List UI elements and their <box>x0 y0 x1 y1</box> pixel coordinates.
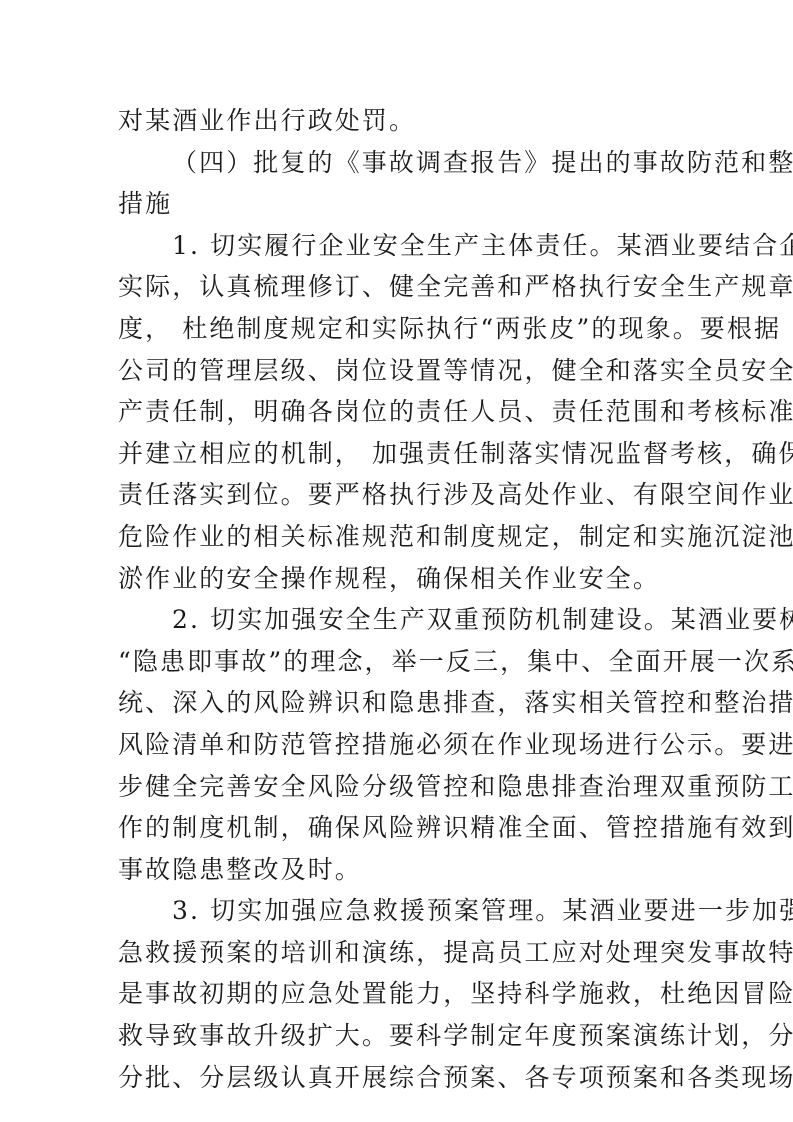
text-line: 公司的管理层级、岗位设置等情况，健全和落实全员安全生 <box>118 350 674 392</box>
text-line: 责任落实到位。要严格执行涉及高处作业、有限空间作业等 <box>118 474 674 516</box>
text-line: 淤作业的安全操作规程，确保相关作业安全。 <box>118 558 674 600</box>
text-line: 是事故初期的应急处置能力，坚持科学施救，杜绝因冒险施 <box>118 973 674 1015</box>
text-line: 对某酒业作出行政处罚。 <box>118 100 674 142</box>
text-line: 作的制度机制，确保风险辨识精准全面、管控措施有效到位， <box>118 807 674 849</box>
item-3-heading: 3. 切实加强应急救援预案管理。某酒业要进一步加强应 <box>118 890 674 932</box>
text-line: 危险作业的相关标准规范和制度规定，制定和实施沉淀池清 <box>118 516 674 558</box>
text-line: 度， 杜绝制度规定和实际执行“两张皮”的现象。要根据 <box>118 308 674 350</box>
text-line: 急救援预案的培训和演练，提高员工应对处理突发事故特别 <box>118 932 674 974</box>
text-line: 并建立相应的机制， 加强责任制落实情况监督考核，确保 <box>118 433 674 475</box>
item-1-heading: 1. 切实履行企业安全生产主体责任。某酒业要结合企业 <box>118 225 674 267</box>
text-line: 统、深入的风险辨识和隐患排查，落实相关管控和整治措施， <box>118 682 674 724</box>
text-line: 风险清单和防范管控措施必须在作业现场进行公示。要进一 <box>118 724 674 766</box>
text-line: 步健全完善安全风险分级管控和隐患排查治理双重预防工 <box>118 766 674 808</box>
text-line: 产责任制，明确各岗位的责任人员、责任范围和考核标准等， <box>118 391 674 433</box>
section-heading: （四）批复的《事故调查报告》提出的事故防范和整改 <box>118 142 674 184</box>
section-heading-continued: 措施 <box>118 183 674 225</box>
text-line: 实际，认真梳理修订、健全完善和严格执行安全生产规章制 <box>118 266 674 308</box>
document-page: 对某酒业作出行政处罚。 （四）批复的《事故调查报告》提出的事故防范和整改 措施 … <box>118 100 674 1098</box>
text-line: “隐患即事故”的理念，举一反三，集中、全面开展一次系 <box>118 641 674 683</box>
text-line: 救导致事故升级扩大。要科学制定年度预案演练计划，分期、 <box>118 1015 674 1057</box>
text-line: 分批、分层级认真开展综合预案、各专项预案和各类现场处 <box>118 1057 674 1099</box>
item-2-heading: 2. 切实加强安全生产双重预防机制建设。某酒业要树立 <box>118 599 674 641</box>
text-line: 事故隐患整改及时。 <box>118 849 674 891</box>
